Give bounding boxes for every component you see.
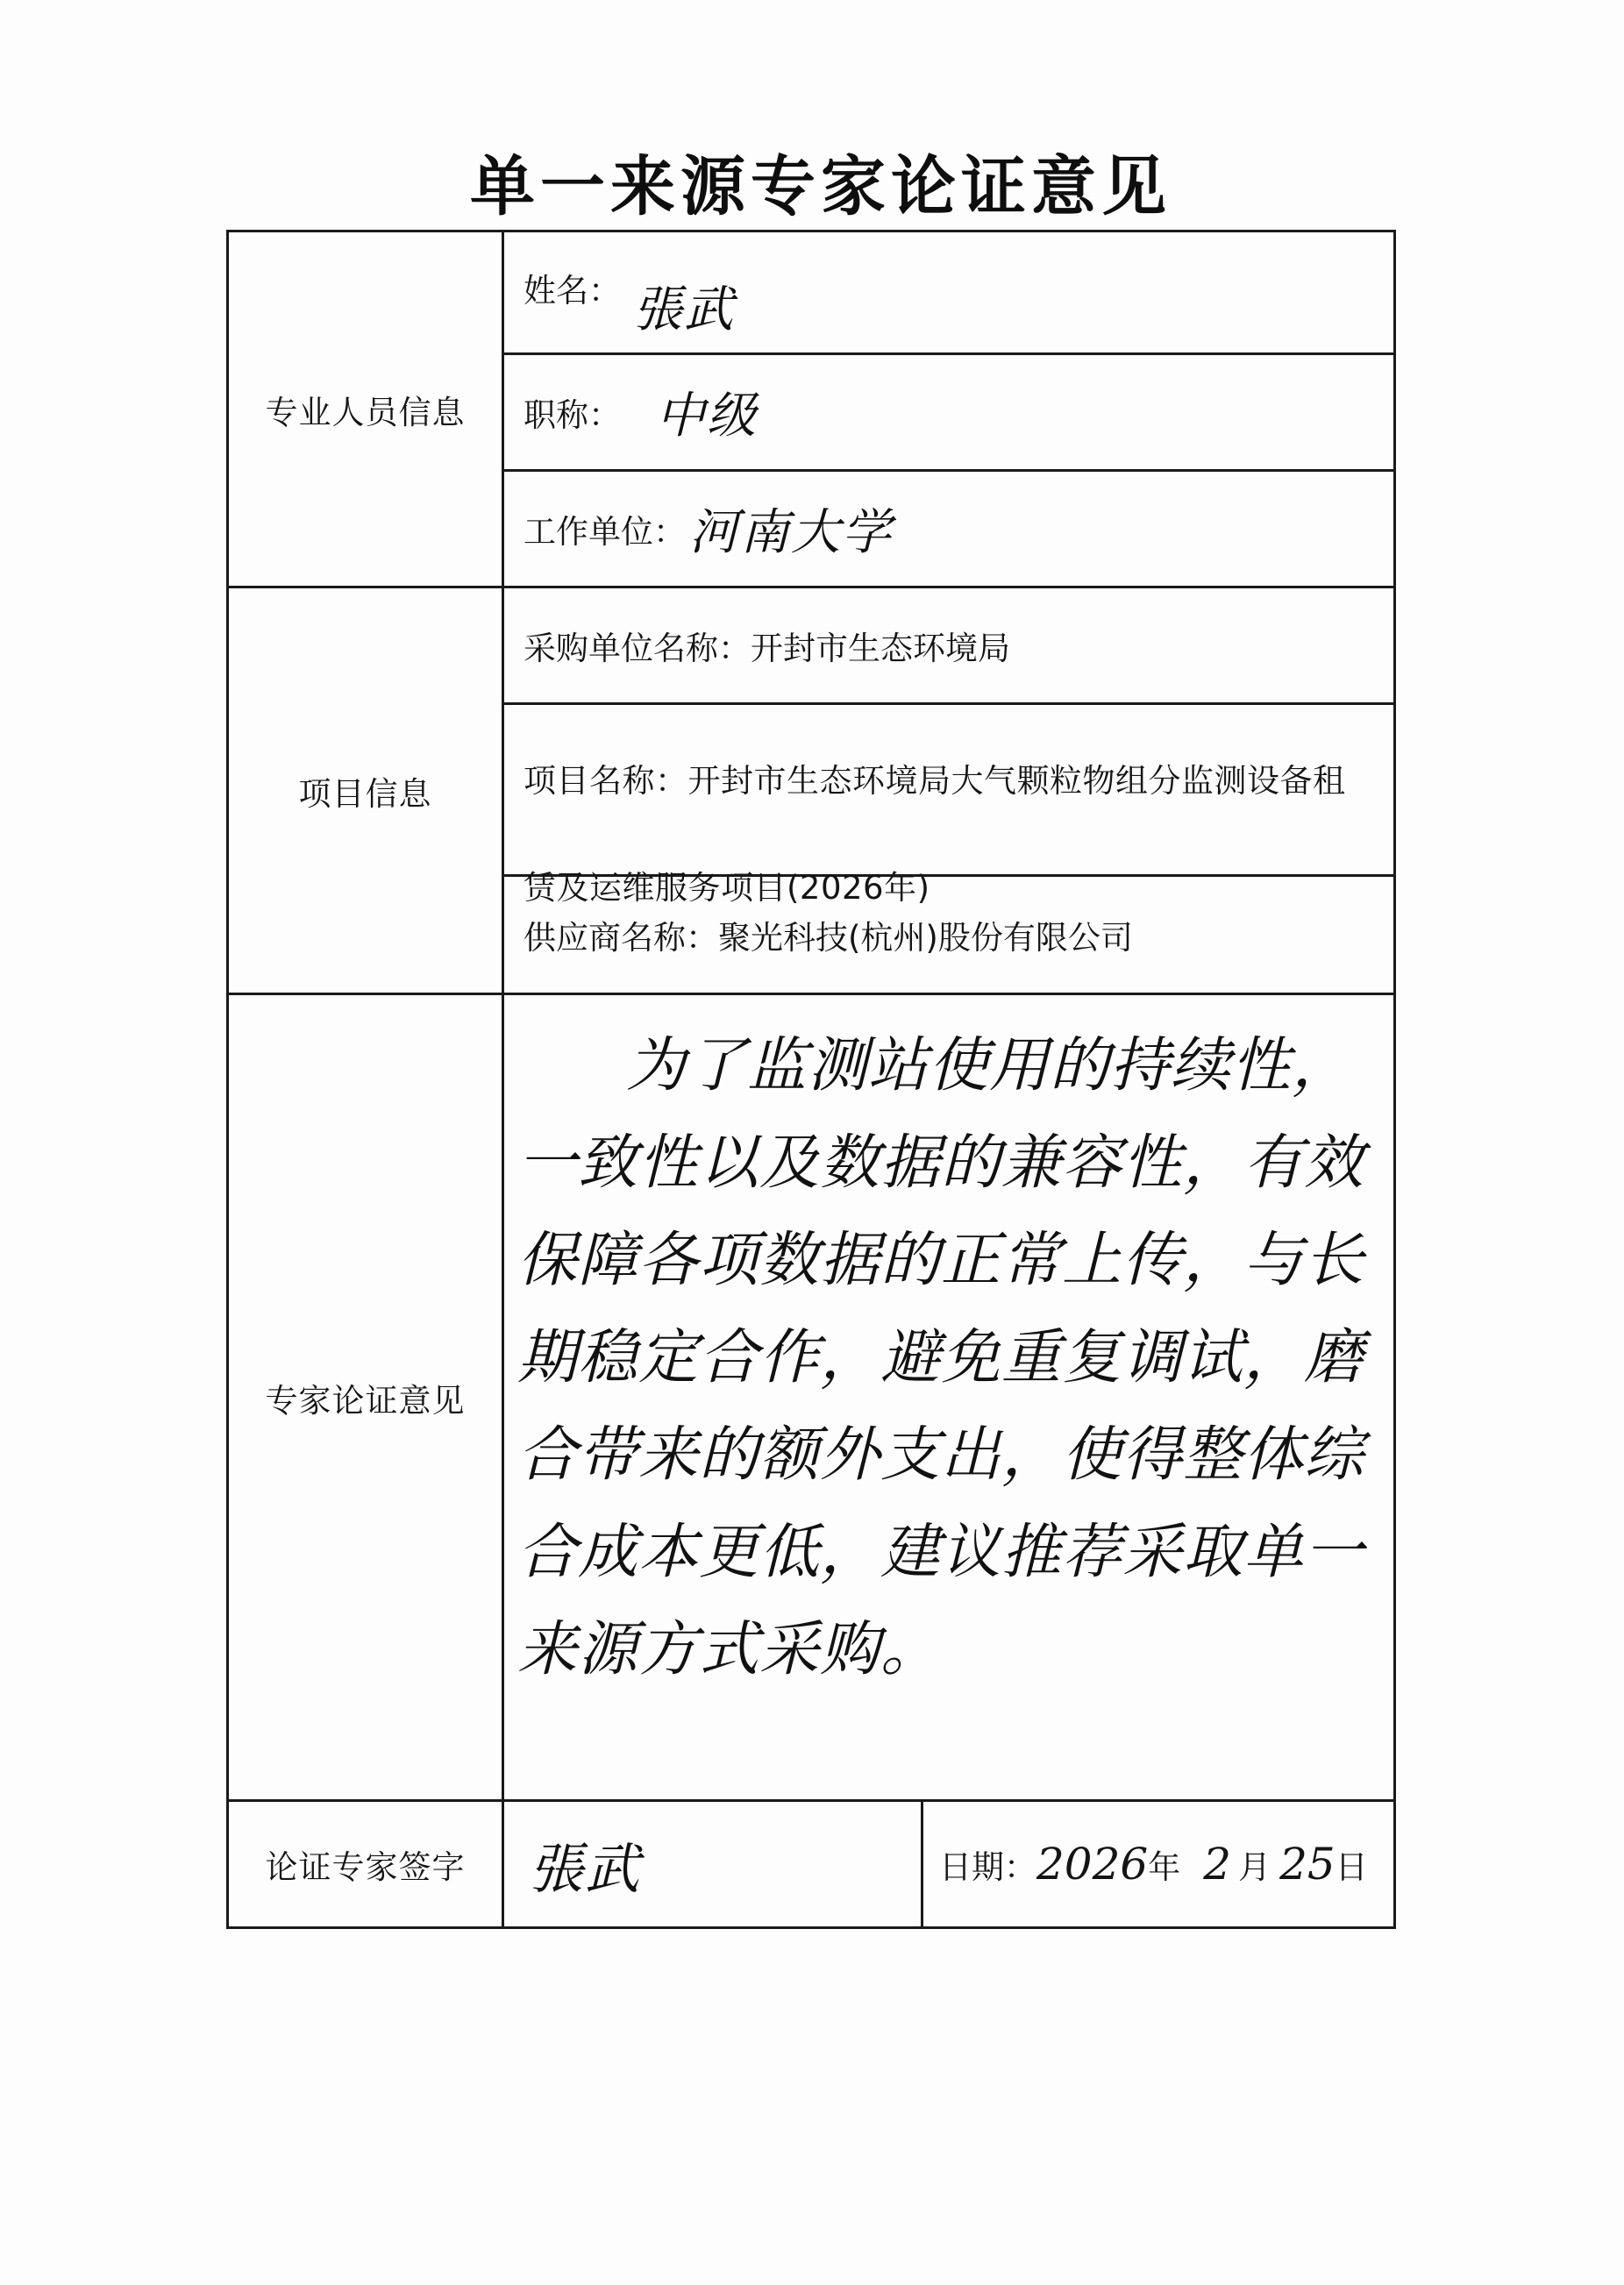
opinion-label: 专家论证意见 xyxy=(266,1374,466,1421)
employer-value: 河南大学 xyxy=(689,494,893,564)
date-cell: 日期： 2026 年 2 月 25 日 xyxy=(923,1802,1393,1926)
opinion-handwritten-text: 为了监测站使用的持续性，一致性以及数据的兼容性，有效保障各项数据的正常上传，与长… xyxy=(517,1017,1385,1698)
date-day: 25 xyxy=(1279,1839,1336,1890)
signature-label-cell: 论证专家签字 xyxy=(229,1802,502,1926)
date-label: 日期： xyxy=(939,1840,1036,1888)
employer-field: 工作单位： 河南大学 xyxy=(504,472,1393,586)
expert-signature: 張武 xyxy=(529,1826,641,1904)
expert-info-label: 专业人员信息 xyxy=(266,386,466,433)
title-label: 职称： xyxy=(524,388,621,436)
employer-label: 工作单位： xyxy=(524,505,686,552)
date-day-unit: 日 xyxy=(1336,1840,1368,1888)
project-info-section-label: 项目信息 xyxy=(229,588,502,993)
expert-info-section-label: 专业人员信息 xyxy=(229,232,502,586)
name-value: 張武 xyxy=(633,271,735,341)
project-info-label: 项目信息 xyxy=(299,767,432,815)
project-name-field: 项目名称：开封市生态环境局大气颗粒物组分监测设备租赁及运维服务项目(2026年) xyxy=(504,705,1393,874)
date-month: 2 xyxy=(1203,1839,1231,1890)
opinion-section-label: 专家论证意见 xyxy=(229,995,502,1799)
title-field: 职称： 中级 xyxy=(504,355,1393,469)
signature-cell: 張武 xyxy=(504,1802,921,1926)
name-label: 姓名： xyxy=(524,264,621,311)
supplier-value: 聚光科技(杭州)股份有限公司 xyxy=(718,911,1133,958)
purchaser-label: 采购单位名称： xyxy=(524,622,751,669)
project-name-label: 项目名称： xyxy=(524,762,688,800)
name-field: 姓名： 張武 xyxy=(504,232,1393,352)
title-value: 中级 xyxy=(656,377,758,447)
date-year: 2026 xyxy=(1036,1839,1148,1890)
supplier-field: 供应商名称： 聚光科技(杭州)股份有限公司 xyxy=(504,877,1393,993)
date-month-unit: 月 xyxy=(1238,1840,1271,1888)
document-title: 单一来源专家论证意见 xyxy=(0,139,1624,235)
purchaser-field: 采购单位名称： 开封市生态环境局 xyxy=(504,588,1393,702)
signature-label: 论证专家签字 xyxy=(266,1840,466,1888)
date-year-unit: 年 xyxy=(1148,1840,1180,1888)
purchaser-value: 开封市生态环境局 xyxy=(751,622,1010,669)
supplier-label: 供应商名称： xyxy=(524,911,718,958)
